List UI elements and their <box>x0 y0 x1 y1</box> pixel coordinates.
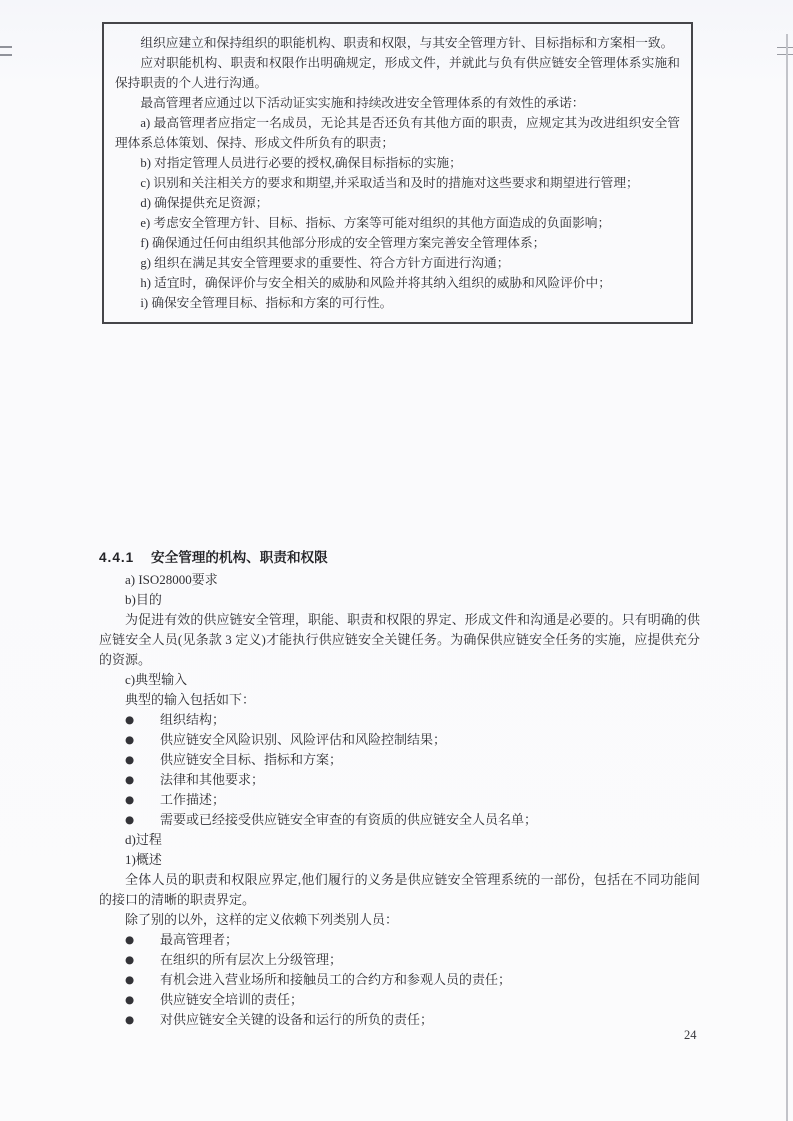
list-item: ● 供应链安全风险识别、风险评估和风险控制结果； <box>99 730 700 750</box>
list-item-text: 供应链安全目标、指标和方案； <box>160 750 700 770</box>
quote-paragraph: 应对职能机构、职责和权限作出明确规定，形成文件，并就此与负有供应链安全管理体系实… <box>115 53 680 93</box>
bullet-icon: ● <box>125 790 160 810</box>
page-edge-line <box>786 34 788 1121</box>
bullet-icon: ● <box>125 990 160 1010</box>
list-item-text: 有机会进入营业场所和接触员工的合约方和参观人员的责任； <box>160 970 700 990</box>
section-4-4-1: 4.4.1 安全管理的机构、职责和权限 a) ISO28000要求 b)目的 为… <box>99 546 700 1030</box>
bullet-icon: ● <box>125 730 160 750</box>
quote-paragraph: 组织应建立和保持组织的职能机构、职责和权限，与其安全管理方针、目标指标和方案相一… <box>115 33 680 53</box>
item-b-label: b)目的 <box>99 590 700 610</box>
list-item: ● 最高管理者； <box>99 930 700 950</box>
list-item-text: 工作描述； <box>160 790 700 810</box>
list-item: ● 对供应链安全关键的设备和运行的所负的责任； <box>99 1010 700 1030</box>
scanned-document-page: 组织应建立和保持组织的职能机构、职责和权限，与其安全管理方针、目标指标和方案相一… <box>0 0 793 1121</box>
bullet-icon: ● <box>125 750 160 770</box>
list-item: ● 需要或已经接受供应链安全审查的有资质的供应链安全人员名单； <box>99 810 700 830</box>
list-item: ● 在组织的所有层次上分级管理； <box>99 950 700 970</box>
bullet-icon: ● <box>125 930 160 950</box>
quote-paragraph: 最高管理者应通过以下活动证实实施和持续改进安全管理体系的有效性的承诺： <box>115 93 680 113</box>
quote-paragraph: b) 对指定管理人员进行必要的授权,确保目标指标的实施； <box>115 153 680 173</box>
bullet-icon: ● <box>125 770 160 790</box>
item-d1-label: 1)概述 <box>99 850 700 870</box>
personnel-intro: 除了别的以外，这样的定义依赖下列类别人员： <box>99 910 700 930</box>
list-item-text: 组织结构； <box>160 710 700 730</box>
list-item-text: 最高管理者； <box>160 930 700 950</box>
section-number: 4.4.1 <box>99 550 134 565</box>
quote-paragraph: d) 确保提供充足资源； <box>115 193 680 213</box>
purpose-paragraph: 为促进有效的供应链安全管理，职能、职责和权限的界定、形成文件和沟通是必要的。只有… <box>99 610 700 670</box>
left-binding-mark-icon <box>0 46 12 48</box>
list-item-text: 在组织的所有层次上分级管理； <box>160 950 700 970</box>
item-c-label: c)典型输入 <box>99 670 700 690</box>
list-item: ● 供应链安全培训的责任； <box>99 990 700 1010</box>
quote-paragraph: a) 最高管理者应指定一名成员，无论其是否还负有其他方面的职责，应规定其为改进组… <box>115 113 680 153</box>
page-number: 24 <box>684 1028 697 1043</box>
quote-paragraph: h) 适宜时，确保评价与安全相关的威胁和风险并将其纳入组织的威胁和风险评价中； <box>115 273 680 293</box>
bullet-icon: ● <box>125 1010 160 1030</box>
right-binding-mark-icon <box>777 47 793 48</box>
list-item-text: 供应链安全风险识别、风险评估和风险控制结果； <box>160 730 700 750</box>
right-binding-mark-icon <box>777 54 793 55</box>
quote-paragraph: f) 确保通过任何由组织其他部分形成的安全管理方案完善安全管理体系； <box>115 233 680 253</box>
list-item-text: 法律和其他要求； <box>160 770 700 790</box>
list-item: ● 组织结构； <box>99 710 700 730</box>
quote-paragraph: c) 识别和关注相关方的要求和期望,并采取适当和及时的措施对这些要求和期望进行管… <box>115 173 680 193</box>
list-item-text: 对供应链安全关键的设备和运行的所负的责任； <box>160 1010 700 1030</box>
bullet-icon: ● <box>125 810 160 830</box>
left-binding-mark-icon <box>0 54 12 56</box>
section-title: 安全管理的机构、职责和权限 <box>151 550 328 565</box>
item-d-label: d)过程 <box>99 830 700 850</box>
quote-paragraph: g) 组织在满足其安全管理要求的重要性、符合方针方面进行沟通； <box>115 253 680 273</box>
section-heading: 4.4.1 安全管理的机构、职责和权限 <box>99 546 700 570</box>
bullet-icon: ● <box>125 710 160 730</box>
list-item-text: 供应链安全培训的责任； <box>160 990 700 1010</box>
bullet-icon: ● <box>125 970 160 990</box>
list-item-text: 需要或已经接受供应链安全审查的有资质的供应链安全人员名单； <box>160 810 700 830</box>
inputs-intro: 典型的输入包括如下： <box>99 690 700 710</box>
list-item: ● 供应链安全目标、指标和方案； <box>99 750 700 770</box>
bullet-icon: ● <box>125 950 160 970</box>
quote-paragraph: i) 确保安全管理目标、指标和方案的可行性。 <box>115 293 680 313</box>
quote-paragraph: e) 考虑安全管理方针、目标、指标、方案等可能对组织的其他方面造成的负面影响； <box>115 213 680 233</box>
list-item: ● 工作描述； <box>99 790 700 810</box>
standard-requirement-box: 组织应建立和保持组织的职能机构、职责和权限，与其安全管理方针、目标指标和方案相一… <box>102 22 693 324</box>
list-item: ● 有机会进入营业场所和接触员工的合约方和参观人员的责任； <box>99 970 700 990</box>
item-a-label: a) ISO28000要求 <box>99 570 700 590</box>
overview-paragraph: 全体人员的职责和权限应界定,他们履行的义务是供应链安全管理系统的一部份，包括在不… <box>99 870 700 910</box>
list-item: ● 法律和其他要求； <box>99 770 700 790</box>
